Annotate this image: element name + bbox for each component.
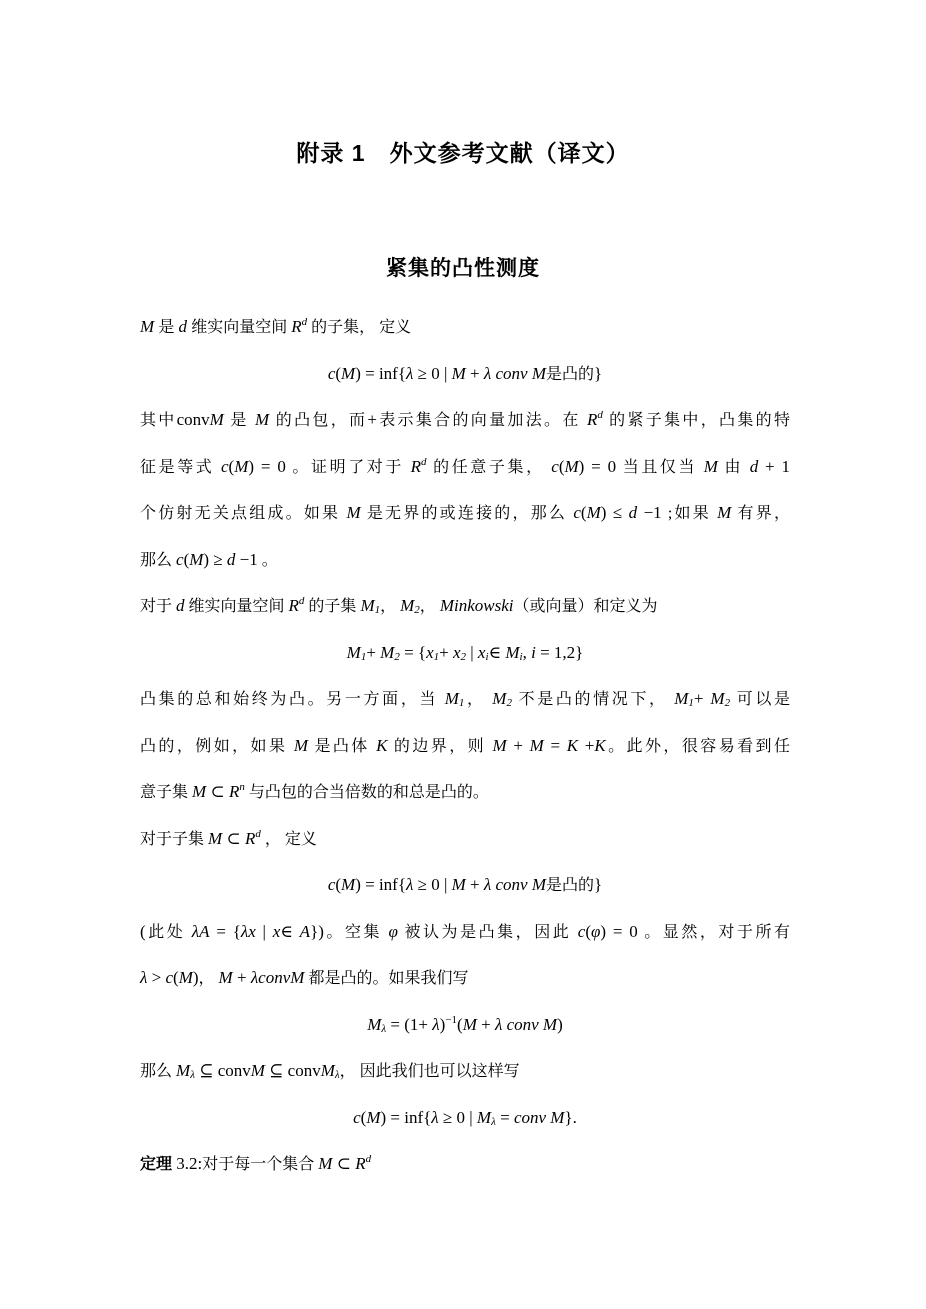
text-segment: ∈ <box>280 922 299 941</box>
formula-line: c(M) = inf{λ ≥ 0 | M + λ conv M是凸的} <box>140 351 790 398</box>
text-segment: 与凸包的合当倍数的和总是凸的。 <box>245 784 489 801</box>
text-segment: M <box>587 503 601 522</box>
text-segment: 都是凸的。如果我们写 <box>304 970 468 987</box>
text-line: (此处 λA = {λx | x∈ A})。空集 φ 被认为是凸集，因此 c(φ… <box>140 909 790 956</box>
text-segment: 不是凸的情况下， <box>512 691 674 708</box>
text-segment: 。空集 <box>324 924 389 941</box>
text-segment: M <box>341 364 355 383</box>
text-segment: c <box>165 968 173 987</box>
text-segment: + <box>366 643 380 662</box>
text-segment: 是 <box>158 319 178 336</box>
text-segment: λ conv M <box>484 364 546 383</box>
text-segment: ， <box>420 598 440 615</box>
document-body: M 是 d 维实向量空间 Rd 的子集， 定义c(M) = inf{λ ≥ 0 … <box>140 304 790 1188</box>
text-segment: 是凸体 <box>308 738 376 755</box>
text-segment: 的任意子集， <box>427 459 552 476</box>
text-segment: M <box>318 1154 332 1173</box>
text-segment: + <box>694 689 710 708</box>
text-segment: M <box>251 1061 265 1080</box>
text-segment: = { <box>400 643 426 662</box>
text-segment: M <box>674 689 688 708</box>
text-line: λ > c(M)， M + λconvM 都是凸的。如果我们写 <box>140 955 790 1002</box>
text-segment: R <box>245 829 255 848</box>
text-segment: λx <box>241 922 256 941</box>
text-segment: M <box>294 736 308 755</box>
text-segment: 是 <box>230 412 255 429</box>
text-segment: = 1,2} <box>536 643 584 662</box>
text-segment: } <box>594 875 602 894</box>
text-segment: + <box>233 968 251 987</box>
text-segment: | <box>466 643 478 662</box>
text-segment: 当且仅当 <box>616 459 704 476</box>
text-segment: ⊂ <box>206 782 229 801</box>
text-segment: ) = 0 <box>579 457 616 476</box>
text-segment: 对于子集 <box>140 831 208 848</box>
text-segment: ∈ <box>489 643 506 662</box>
text-segment: λ conv M <box>495 1015 557 1034</box>
text-segment: + <box>507 736 530 755</box>
text-segment: 是凸的 <box>546 366 594 383</box>
text-segment: M <box>463 1015 477 1034</box>
text-segment: , <box>523 643 532 662</box>
text-segment: conv M <box>514 1108 565 1127</box>
appendix-title: 附录 1 外文参考文献（译文） <box>0 0 926 168</box>
text-segment: ≥ 0 | <box>413 364 451 383</box>
text-segment: = (1+ <box>386 1015 432 1034</box>
text-segment: M <box>505 643 519 662</box>
text-segment: （或向量）和定义为 <box>513 598 657 615</box>
text-segment: 定理 <box>140 1156 172 1173</box>
formula-line: Mλ = (1+ λ)−1(M + λ conv M) <box>140 1002 790 1049</box>
text-segment: M <box>710 689 724 708</box>
text-segment: R <box>411 457 421 476</box>
text-segment: + <box>466 364 484 383</box>
document-page: 附录 1 外文参考文献（译文） 紧集的凸性测度 M 是 d 维实向量空间 Rd … <box>0 0 926 1309</box>
text-segment: M <box>452 364 466 383</box>
text-segment: M <box>445 689 459 708</box>
text-segment: ) = inf{ <box>355 875 406 894</box>
text-segment: 。证明了对于 <box>286 459 411 476</box>
text-segment: M <box>346 503 360 522</box>
text-segment: M <box>360 596 374 615</box>
text-segment: c <box>176 550 184 569</box>
text-segment: 此处 <box>146 924 192 941</box>
text-segment: M <box>380 643 394 662</box>
text-segment: | <box>256 922 273 941</box>
text-segment: c <box>221 457 229 476</box>
text-segment: ⊆ conv <box>265 1061 321 1080</box>
text-segment: d <box>366 1153 372 1165</box>
text-segment: ) ≤ <box>601 503 629 522</box>
text-segment: 的凸包，而 <box>276 412 368 429</box>
text-line: M 是 d 维实向量空间 Rd 的子集， 定义 <box>140 304 790 351</box>
text-segment: 。此外，很容易看到任 <box>606 738 790 755</box>
text-segment: ， <box>199 970 219 987</box>
text-segment: R <box>291 317 301 336</box>
text-segment: > <box>147 968 165 987</box>
text-segment: ) = inf{ <box>355 364 406 383</box>
text-segment: = <box>496 1108 514 1127</box>
text-segment: K <box>376 736 387 755</box>
text-segment: R <box>229 782 239 801</box>
text-segment: 那么 <box>140 552 176 569</box>
text-segment: M <box>341 875 355 894</box>
text-segment: A <box>300 922 310 941</box>
text-segment: M <box>477 1108 491 1127</box>
formula-line: c(M) = inf{λ ≥ 0 | M + λ conv M是凸的} <box>140 862 790 909</box>
text-segment: 凸集的总和始终为凸。另一方面，当 <box>140 691 445 708</box>
text-segment: M <box>210 410 231 429</box>
text-segment: 由 <box>718 459 750 476</box>
text-segment: }. <box>564 1108 576 1127</box>
text-segment: c <box>573 503 581 522</box>
text-segment: x <box>426 643 434 662</box>
text-line: 那么 Mλ ⊆ convM ⊆ convMλ， 因此我们也可以这样写 <box>140 1048 790 1095</box>
text-segment: 可以是 <box>730 691 790 708</box>
text-segment: + <box>466 875 484 894</box>
text-line: 凸集的总和始终为凸。另一方面，当 M1， M2 不是凸的情况下， M1+ M2 … <box>140 676 790 723</box>
text-segment: 的紧子集中，凸集的特 <box>603 412 790 429</box>
text-segment: M <box>366 1108 380 1127</box>
formula-line: M1+ M2 = {x1+ x2 | xi∈ Mi, i = 1,2} <box>140 630 790 677</box>
text-segment: 的子集， 定义 <box>307 319 411 336</box>
text-segment: R <box>289 596 299 615</box>
text-segment: d <box>750 457 759 476</box>
text-segment: ≥ 0 | <box>439 1108 477 1127</box>
text-segment: ) = 0 <box>248 457 285 476</box>
text-line: 对于子集 M ⊂ Rd ， 定义 <box>140 816 790 863</box>
text-line: 个仿射无关点组成。如果 M 是无界的或连接的，那么 c(M) ≤ d −1 ;如… <box>140 490 790 537</box>
text-segment: 的子集 <box>304 598 360 615</box>
text-segment: conv <box>177 410 210 429</box>
text-segment: M <box>492 689 506 708</box>
text-segment: −1 <box>445 1014 457 1026</box>
text-segment: 。 <box>258 552 278 569</box>
text-segment: M <box>208 829 222 848</box>
text-segment: λ conv M <box>484 875 546 894</box>
text-segment: 是无界的或连接的，那么 <box>361 505 574 522</box>
text-segment: + <box>439 643 453 662</box>
text-segment: 意子集 <box>140 784 192 801</box>
text-segment: x <box>453 643 461 662</box>
text-segment: 征是等式 <box>140 459 221 476</box>
text-segment: c <box>551 457 559 476</box>
text-segment: K <box>594 736 605 755</box>
text-segment: c <box>353 1108 361 1127</box>
text-segment: 3.2: <box>172 1154 202 1173</box>
text-line: 其中convM 是 M 的凸包，而+表示集合的向量加法。在 Rd 的紧子集中，凸… <box>140 397 790 444</box>
text-segment: M <box>704 457 718 476</box>
text-segment: + 1 <box>758 457 790 476</box>
text-line: 凸的，例如，如果 M 是凸体 K 的边界，则 M + M = K +K。此外，很… <box>140 723 790 770</box>
text-line: 定理 3.2:对于每一个集合 M ⊂ Rd <box>140 1141 790 1188</box>
text-segment: Minkowski <box>440 596 514 615</box>
text-segment: 维实向量空间 <box>191 319 291 336</box>
text-segment: λ <box>431 1108 438 1127</box>
text-segment: M <box>140 317 158 336</box>
text-segment: 凸的，例如，如果 <box>140 738 294 755</box>
text-segment: ， <box>464 691 492 708</box>
paper-title: 紧集的凸性测度 <box>0 255 926 282</box>
text-segment: ⊂ <box>222 829 245 848</box>
text-segment: M <box>176 1061 190 1080</box>
text-segment: M <box>189 550 203 569</box>
text-segment: d <box>176 596 185 615</box>
text-segment: φ <box>591 922 600 941</box>
text-segment: ;如果 <box>662 505 717 522</box>
text-segment: 被认为是凸集，因此 <box>398 924 578 941</box>
text-segment: M <box>530 736 544 755</box>
text-segment: R <box>587 410 597 429</box>
text-line: 征是等式 c(M) = 0 。证明了对于 Rd 的任意子集， c(M) = 0 … <box>140 444 790 491</box>
text-line: 那么 c(M) ≥ d −1 。 <box>140 537 790 584</box>
text-segment: φ <box>389 922 398 941</box>
text-segment: ， <box>380 598 400 615</box>
formula-line: c(M) = inf{λ ≥ 0 | Mλ = conv M}. <box>140 1095 790 1142</box>
text-segment: ⊂ <box>332 1154 355 1173</box>
text-segment: ， 因此我们也可以这样写 <box>340 1063 520 1080</box>
text-segment: 有界， <box>731 505 790 522</box>
text-segment: M <box>452 875 466 894</box>
text-segment: M <box>347 643 361 662</box>
text-segment: ⊆ conv <box>195 1061 251 1080</box>
text-segment: M <box>219 968 233 987</box>
text-segment: } <box>594 364 602 383</box>
text-segment: ， 定义 <box>261 831 317 848</box>
text-segment: −1 <box>235 550 257 569</box>
text-segment: + <box>578 736 594 755</box>
text-segment: 对于 <box>140 598 176 615</box>
text-segment: M <box>192 782 206 801</box>
text-segment: }) <box>310 922 324 941</box>
text-segment: R <box>355 1154 365 1173</box>
text-segment: 。显然，对于所有 <box>638 924 790 941</box>
text-segment: M <box>565 457 579 476</box>
text-segment: M <box>367 1015 381 1034</box>
text-segment: λ <box>432 1015 439 1034</box>
text-segment: = { <box>210 922 241 941</box>
text-segment: ) ≥ <box>203 550 227 569</box>
text-segment: λconvM <box>251 968 305 987</box>
text-segment: 那么 <box>140 1063 176 1080</box>
text-segment: M <box>717 503 731 522</box>
text-segment: M <box>255 410 276 429</box>
text-segment: M <box>321 1061 335 1080</box>
text-segment: 表示集合的向量加法。在 <box>377 412 587 429</box>
text-segment: = <box>544 736 567 755</box>
text-segment: + <box>477 1015 495 1034</box>
text-line: 对于 d 维实向量空间 Rd 的子集 M1， M2， Minkowski（或向量… <box>140 583 790 630</box>
text-segment: M <box>234 457 248 476</box>
text-segment: M <box>179 968 193 987</box>
text-segment: 的边界，则 <box>388 738 493 755</box>
text-segment: K <box>567 736 578 755</box>
text-segment: 个仿射无关点组成。如果 <box>140 505 346 522</box>
text-segment: 维实向量空间 <box>185 598 289 615</box>
text-line: 意子集 M ⊂ Rn 与凸包的合当倍数的和总是凸的。 <box>140 769 790 816</box>
text-segment: ≥ 0 | <box>413 875 451 894</box>
text-segment: ) = 0 <box>600 922 637 941</box>
text-segment: d <box>178 317 191 336</box>
text-segment: 对于每一个集合 <box>202 1156 318 1173</box>
text-segment: M <box>493 736 507 755</box>
text-segment: ) <box>557 1015 563 1034</box>
text-segment: ) = inf{ <box>381 1108 432 1127</box>
text-segment: d <box>629 503 638 522</box>
text-segment: 是凸的 <box>546 877 594 894</box>
text-segment: −1 <box>637 503 662 522</box>
text-segment: M <box>400 596 414 615</box>
text-segment: 其中 <box>140 412 177 429</box>
text-segment: + <box>367 410 377 429</box>
text-segment: λA <box>192 922 210 941</box>
